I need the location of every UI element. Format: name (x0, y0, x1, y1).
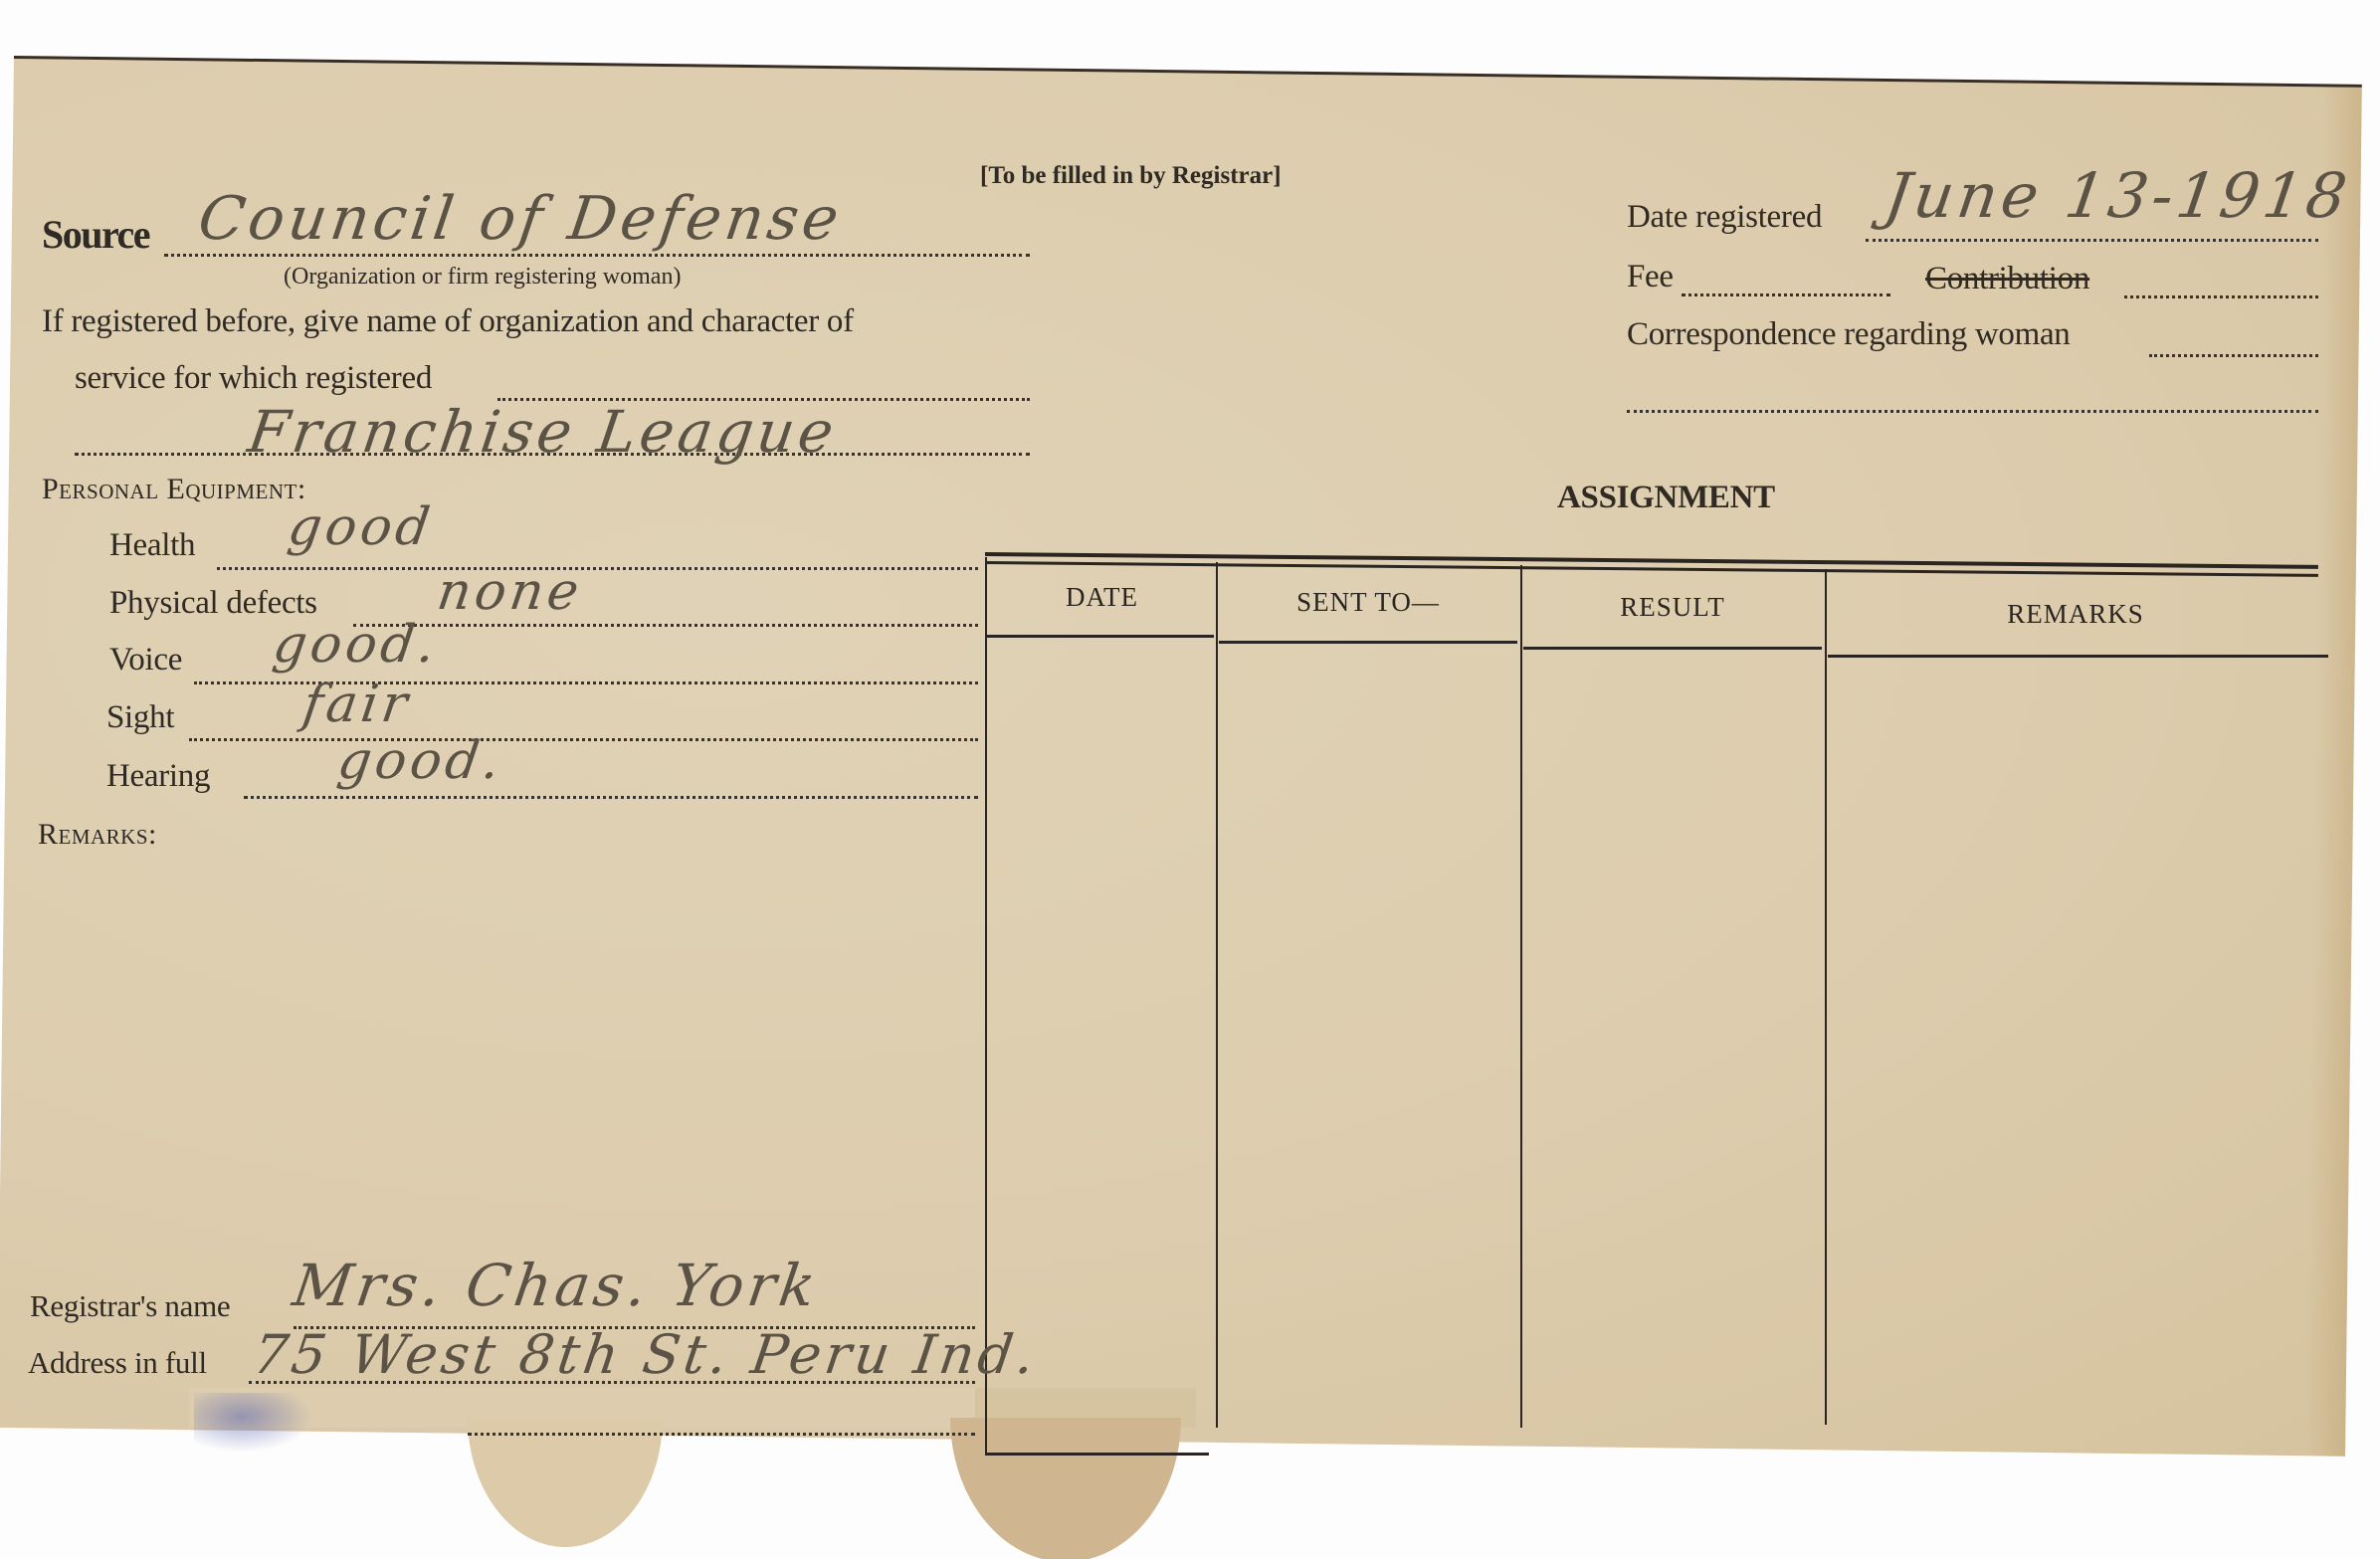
registrar-name-value[interactable]: Mrs. Chas. York (289, 1252, 823, 1319)
remarks-heading: Remarks: (38, 818, 157, 852)
fee-label: Fee (1627, 259, 1674, 295)
date-registered-value[interactable]: June 13-1918 (1881, 159, 2355, 232)
header-underline-date (987, 635, 1214, 638)
address-value[interactable]: 75 West 8th St. Peru Ind. (250, 1323, 1043, 1386)
health-value[interactable]: good (285, 497, 438, 557)
hearing-label: Hearing (106, 758, 210, 795)
column-header-sent-to: SENT TO— (1219, 587, 1517, 618)
physical-defects-value[interactable]: none (434, 562, 586, 622)
date-registered-label: Date registered (1627, 199, 1822, 236)
table-col-border-1 (1216, 562, 1218, 1428)
date-registered-line (1866, 239, 2318, 242)
hearing-line (244, 796, 978, 799)
previous-registration-prompt-2: service for which registered (75, 360, 432, 397)
sight-line (189, 738, 978, 741)
column-header-remarks: REMARKS (1827, 599, 2324, 630)
previous-registration-value[interactable]: Franchise League (244, 398, 842, 466)
sight-label: Sight (106, 699, 174, 736)
registrar-name-label: Registrar's name (30, 1288, 230, 1324)
physical-defects-line (353, 624, 978, 627)
hearing-value[interactable]: good. (334, 731, 507, 791)
correspondence-line-2[interactable] (1627, 410, 2318, 413)
address-label: Address in full (28, 1345, 207, 1381)
assignment-title: ASSIGNMENT (1557, 480, 1775, 516)
correspondence-line-1[interactable] (2149, 354, 2318, 357)
sight-value[interactable]: fair (299, 675, 415, 734)
voice-label: Voice (109, 642, 182, 679)
source-value[interactable]: Council of Defense (194, 184, 847, 254)
header-underline-sent-to (1219, 641, 1517, 644)
correspondence-label: Correspondence regarding woman (1627, 316, 2071, 353)
column-header-result: RESULT (1522, 592, 1823, 623)
header-underline-remarks (1828, 655, 2328, 658)
table-col-border-3 (1825, 569, 1827, 1425)
column-header-date: DATE (990, 582, 1214, 613)
source-label: Source (42, 211, 149, 258)
contribution-line[interactable] (2124, 295, 2318, 298)
health-label: Health (109, 527, 195, 564)
address-line-2 (468, 1433, 975, 1436)
table-col-border-2 (1520, 565, 1522, 1428)
source-line (164, 254, 1030, 257)
registrar-note: [To be filled in by Registrar] (980, 162, 1282, 190)
header-underline-result (1523, 647, 1822, 650)
card-index-tab-left (468, 1418, 663, 1547)
contribution-label: Contribution (1925, 261, 2089, 297)
personal-equipment-heading: Personal Equipment: (42, 473, 306, 506)
table-col-border-0 (985, 557, 987, 1453)
previous-registration-prompt: If registered before, give name of organ… (42, 303, 854, 340)
fee-line[interactable] (1682, 293, 1890, 296)
voice-value[interactable]: good. (270, 615, 443, 675)
source-caption: (Organization or firm registering woman) (284, 264, 681, 291)
ink-smudge (194, 1393, 313, 1453)
table-bottom-rule (985, 1453, 1209, 1456)
health-line (217, 567, 978, 570)
